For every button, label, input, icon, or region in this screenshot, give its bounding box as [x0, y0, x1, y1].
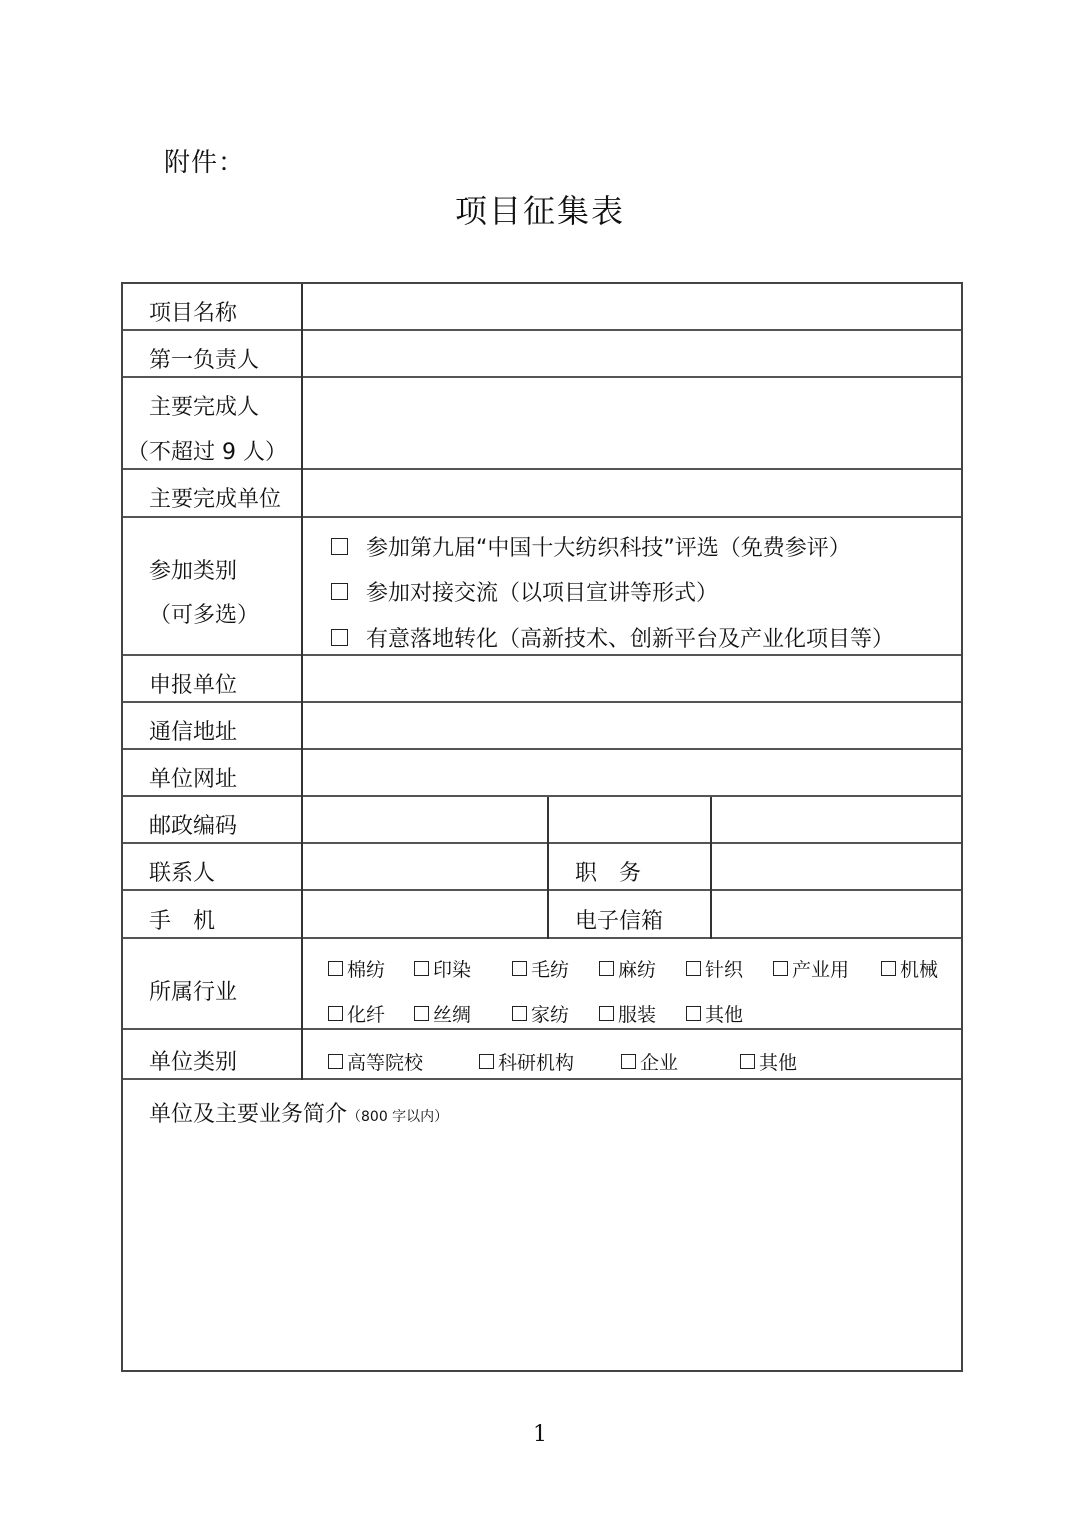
- checkbox-icon[interactable]: [621, 1054, 636, 1069]
- checkbox-icon[interactable]: [512, 961, 527, 976]
- intro-label: 单位及主要业务简介（800 字以内）: [149, 1097, 448, 1128]
- position-input[interactable]: [714, 846, 961, 889]
- main-unit-input[interactable]: [305, 472, 961, 516]
- main-contributors-note: （不超过 9 人）: [127, 435, 287, 466]
- row-divider: [123, 329, 961, 331]
- mailing-address-label: 通信地址: [149, 715, 237, 746]
- intro-textarea[interactable]: [143, 1134, 947, 1368]
- checkbox-icon[interactable]: [414, 1006, 429, 1021]
- industry-label: 所属行业: [149, 975, 237, 1006]
- main-contributors-input[interactable]: [305, 380, 961, 470]
- unit-type-label: 单位类别: [149, 1045, 237, 1076]
- email-input[interactable]: [714, 893, 961, 937]
- participation-label: 参加类别: [149, 554, 237, 585]
- column-divider: [301, 284, 303, 1080]
- row-divider: [123, 889, 961, 891]
- postal-extra-value-input[interactable]: [714, 799, 961, 842]
- row-divider: [123, 1078, 961, 1080]
- unit-type-option-other[interactable]: 其他: [740, 1048, 797, 1075]
- checkbox-icon[interactable]: [331, 538, 348, 555]
- participation-note: （可多选）: [149, 598, 259, 629]
- participation-option-selection[interactable]: 参加第九届“中国十大纺织科技”评选（免费参评）: [331, 531, 851, 562]
- checkbox-icon[interactable]: [599, 1006, 614, 1021]
- row-divider: [123, 701, 961, 703]
- checkbox-icon[interactable]: [740, 1054, 755, 1069]
- form-title: 项目征集表: [0, 186, 1080, 232]
- row-divider: [123, 748, 961, 750]
- unit-website-label: 单位网址: [149, 762, 237, 793]
- checkbox-icon[interactable]: [686, 961, 701, 976]
- participation-option-exchange[interactable]: 参加对接交流（以项目宣讲等形式）: [331, 576, 718, 607]
- industry-option-industrial[interactable]: 产业用: [773, 955, 849, 982]
- row-divider: [123, 654, 961, 656]
- project-name-input[interactable]: [305, 286, 961, 329]
- row-divider: [123, 937, 961, 939]
- applicant-unit-input[interactable]: [305, 658, 961, 701]
- contact-label: 联系人: [149, 856, 215, 887]
- row-divider: [123, 842, 961, 844]
- project-name-label: 项目名称: [149, 296, 237, 327]
- unit-website-input[interactable]: [305, 752, 961, 795]
- project-collection-form: 项目名称 第一负责人 主要完成人 （不超过 9 人） 主要完成单位 参加类别 （…: [121, 282, 963, 1372]
- mobile-label: 手 机: [149, 904, 215, 935]
- postal-code-input[interactable]: [305, 799, 547, 842]
- row-divider: [123, 376, 961, 378]
- checkbox-icon[interactable]: [686, 1006, 701, 1021]
- checkbox-icon[interactable]: [331, 629, 348, 646]
- unit-type-option-research[interactable]: 科研机构: [479, 1048, 574, 1075]
- applicant-unit-label: 申报单位: [149, 668, 237, 699]
- mailing-address-input[interactable]: [305, 705, 961, 748]
- first-lead-label: 第一负责人: [149, 343, 259, 374]
- industry-option-dyeing[interactable]: 印染: [414, 955, 471, 982]
- checkbox-icon[interactable]: [328, 1054, 343, 1069]
- checkbox-icon[interactable]: [512, 1006, 527, 1021]
- main-unit-label: 主要完成单位: [149, 482, 281, 513]
- industry-option-other[interactable]: 其他: [686, 1000, 743, 1027]
- email-label: 电子信箱: [575, 904, 663, 935]
- participation-option-transfer[interactable]: 有意落地转化（高新技术、创新平台及产业化项目等）: [331, 622, 894, 653]
- industry-option-apparel[interactable]: 服装: [599, 1000, 656, 1027]
- column-divider: [547, 797, 549, 939]
- intro-hint: （800 字以内）: [347, 1109, 448, 1125]
- postal-code-label: 邮政编码: [149, 809, 237, 840]
- row-divider: [123, 795, 961, 797]
- row-divider: [123, 516, 961, 518]
- unit-type-option-enterprise[interactable]: 企业: [621, 1048, 678, 1075]
- checkbox-icon[interactable]: [331, 583, 348, 600]
- checkbox-icon[interactable]: [599, 961, 614, 976]
- page-number: 1: [0, 1422, 1080, 1447]
- main-contributors-label: 主要完成人: [149, 390, 259, 421]
- checkbox-icon[interactable]: [414, 961, 429, 976]
- industry-option-silk[interactable]: 丝绸: [414, 1000, 471, 1027]
- industry-option-linen[interactable]: 麻纺: [599, 955, 656, 982]
- checkbox-icon[interactable]: [773, 961, 788, 976]
- industry-option-wool[interactable]: 毛纺: [512, 955, 569, 982]
- industry-option-home-textile[interactable]: 家纺: [512, 1000, 569, 1027]
- attachment-label: 附件：: [164, 142, 245, 179]
- checkbox-icon[interactable]: [328, 1006, 343, 1021]
- position-label: 职 务: [575, 856, 641, 887]
- mobile-input[interactable]: [305, 893, 547, 937]
- row-divider: [123, 1028, 961, 1030]
- industry-option-chemical-fiber[interactable]: 化纤: [328, 1000, 385, 1027]
- industry-option-machinery[interactable]: 机械: [881, 955, 938, 982]
- contact-input[interactable]: [305, 846, 547, 889]
- column-divider: [710, 797, 712, 939]
- first-lead-input[interactable]: [305, 333, 961, 376]
- unit-type-option-university[interactable]: 高等院校: [328, 1048, 423, 1075]
- checkbox-icon[interactable]: [881, 961, 896, 976]
- postal-extra-label-cell[interactable]: [551, 799, 710, 842]
- industry-option-knitting[interactable]: 针织: [686, 955, 743, 982]
- checkbox-icon[interactable]: [328, 961, 343, 976]
- checkbox-icon[interactable]: [479, 1054, 494, 1069]
- industry-option-cotton[interactable]: 棉纺: [328, 955, 385, 982]
